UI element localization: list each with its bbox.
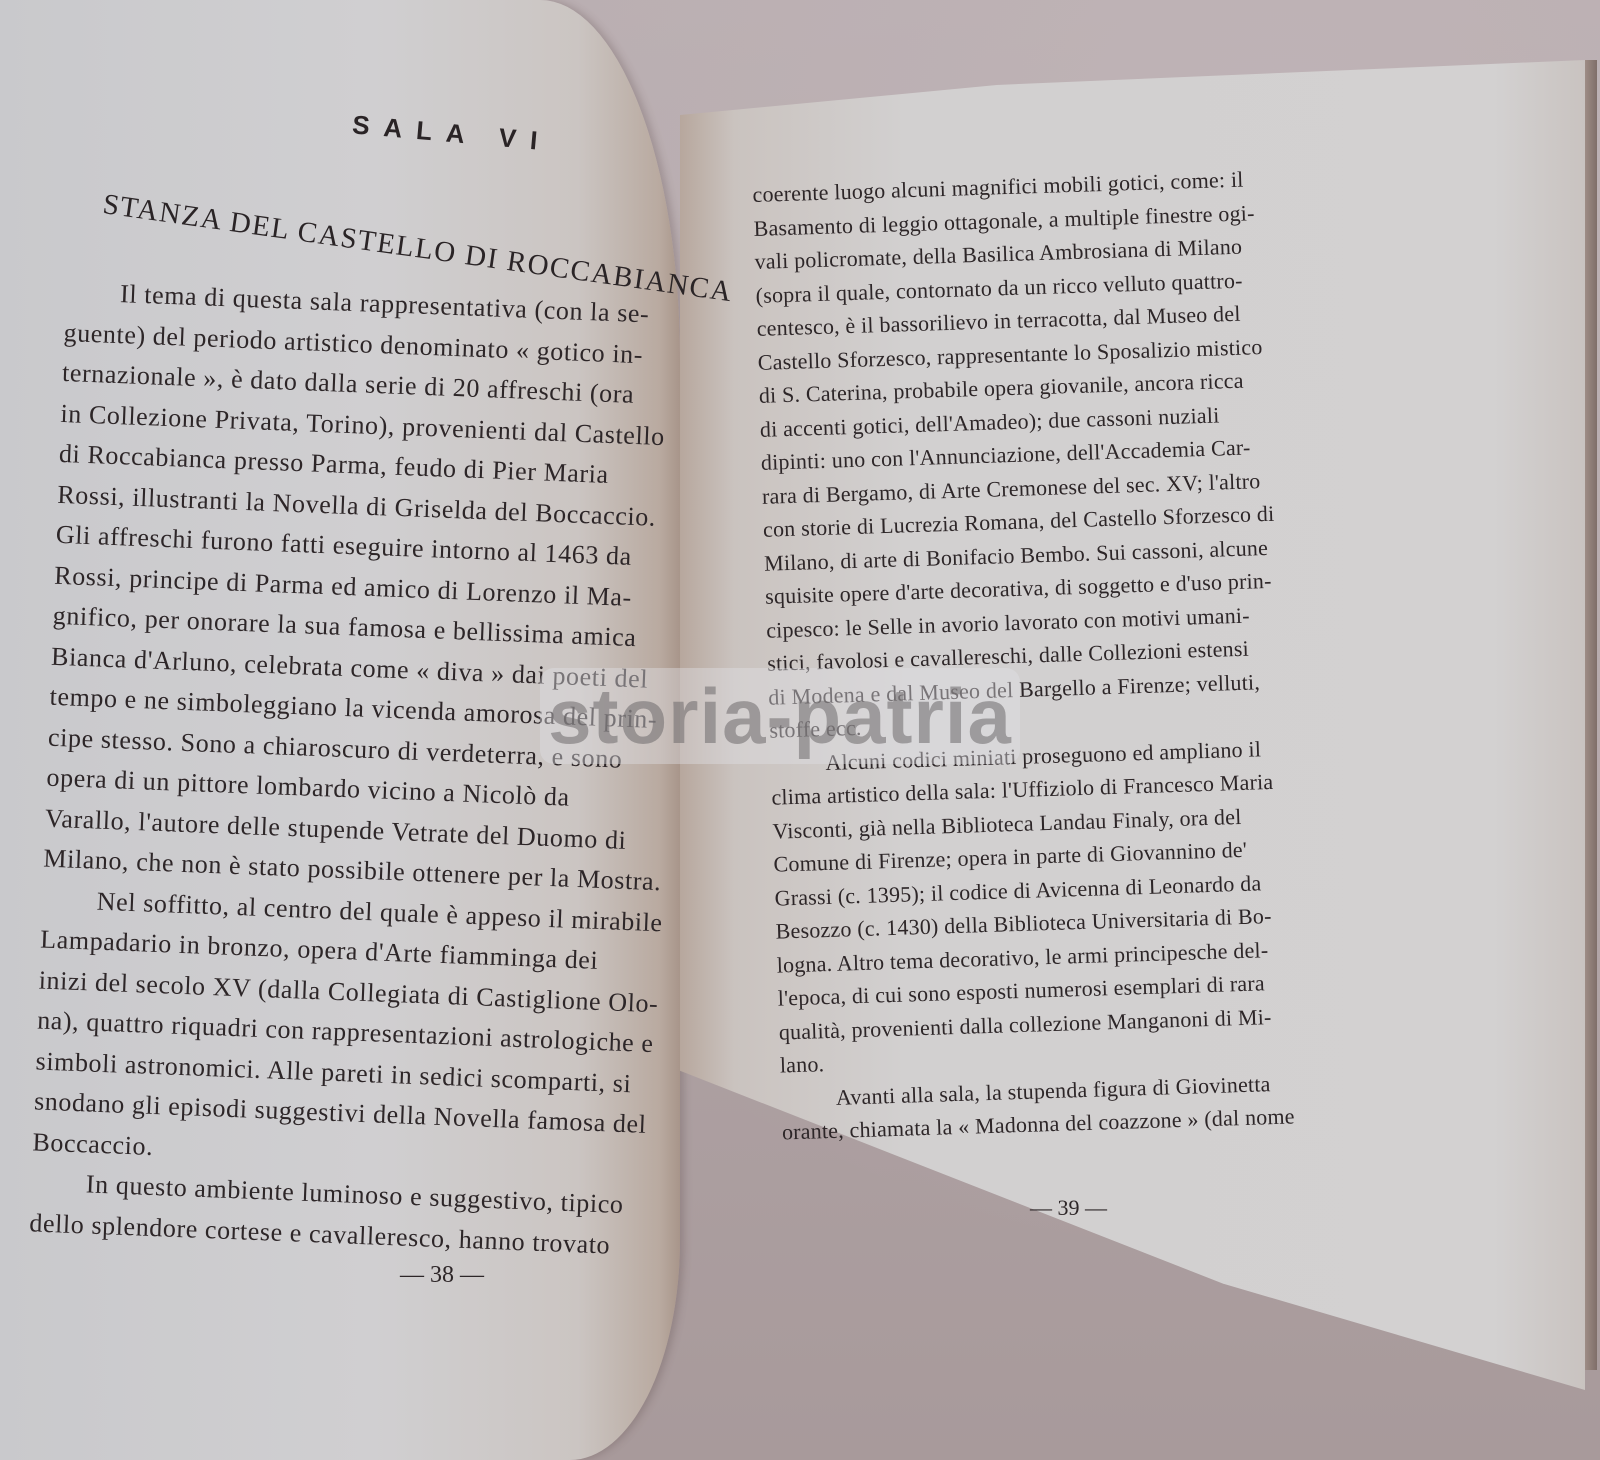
page-number-right: — 39 — (1030, 1195, 1107, 1221)
right-page-text: coerente luogo alcuni magnifici mobili g… (752, 162, 1295, 1149)
page-number-left: — 38 — (400, 1262, 484, 1289)
watermark: storia-patria (540, 668, 1020, 764)
left-page-text: Il tema di questa sala rappresentativa (… (29, 272, 687, 1267)
right-page-edge (1585, 60, 1597, 1370)
